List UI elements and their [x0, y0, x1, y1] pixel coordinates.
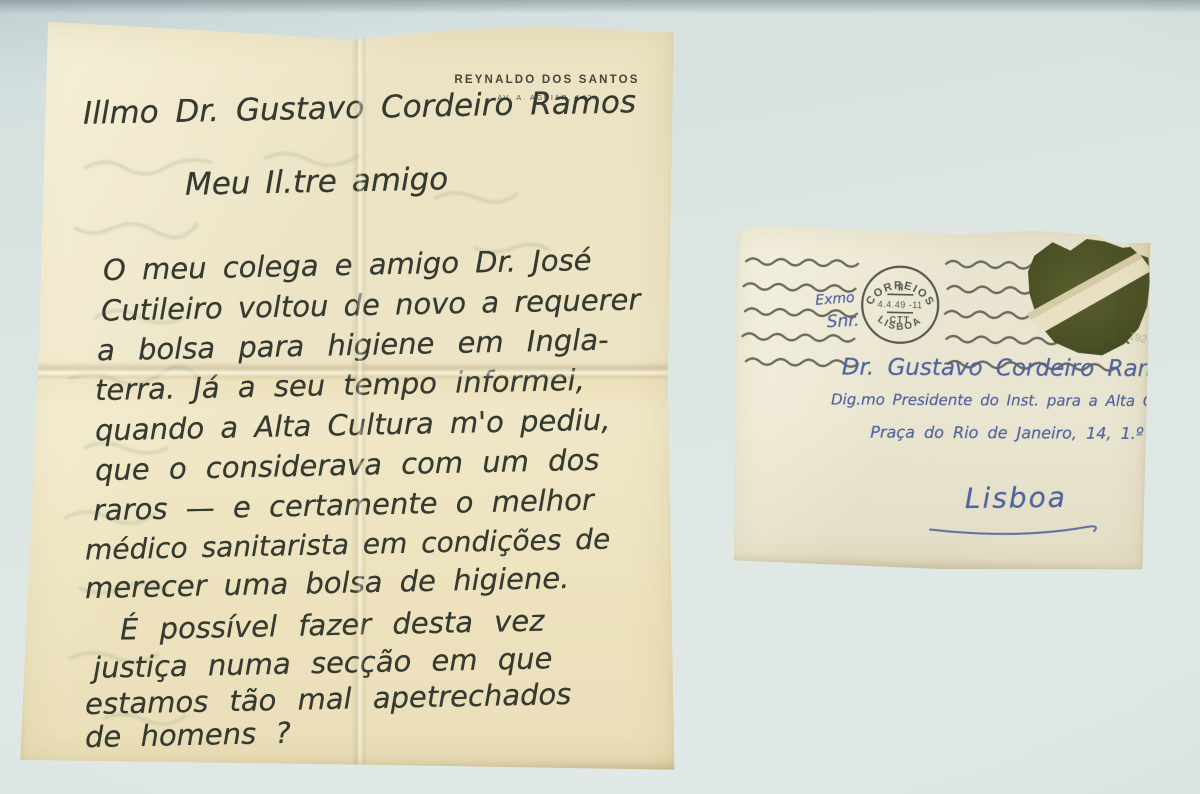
handwritten-body-line: médico sanitarista em condições de — [85, 523, 611, 567]
envelope-city-line: Lisboa — [965, 481, 1067, 515]
handwritten-body-line: raros — e certamente o melhor — [93, 483, 594, 527]
city-underline-flourish — [926, 515, 1126, 544]
handwritten-body-line: estamos tão mal apetrechados — [85, 677, 572, 721]
horizontal-fold-crease — [15, 362, 677, 380]
envelope-address-line: Dig.mo Presidente do Inst. para a Alta C… — [831, 390, 1198, 410]
handwritten-notation: Snr. — [826, 311, 859, 333]
handwritten-body-line: merecer uma bolsa de higiene. — [85, 561, 570, 605]
handwritten-body-line: que o considerava com um dos — [95, 443, 600, 488]
photo-background: REYNALDO DOS SANTOS AV. A. AGUIAR, 142. … — [0, 0, 1200, 794]
envelope: CORREIOS LISBOA II 4.4.49 -11 CTT Exmo S… — [727, 223, 1151, 574]
handwritten-notation: Exmo — [815, 290, 856, 309]
handwritten-body-line: É possível fazer desta vez — [120, 604, 545, 647]
handwritten-salutation: Meu Il.tre amigo — [185, 161, 449, 203]
vertical-fold-crease — [351, 18, 367, 772]
postmark-numeral: II — [898, 283, 904, 294]
handwritten-body-line: Cutileiro voltou de novo a requerer — [101, 282, 641, 327]
handwritten-body-line: de homens ? — [85, 716, 291, 754]
postmark-date: 4.4.49 -11 — [878, 299, 923, 310]
postmark-stamp: CORREIOS LISBOA II 4.4.49 -11 CTT — [861, 266, 939, 344]
handwritten-body-line: O meu colega e amigo Dr. José — [103, 243, 592, 287]
envelope-address-line: Praça do Rio de Janeiro, 14, 1.º — [870, 423, 1143, 443]
letter-sheet: REYNALDO DOS SANTOS AV. A. AGUIAR, 142. … — [15, 18, 677, 772]
torn-stamp-area — [1024, 232, 1163, 371]
postmark-org: CTT — [889, 315, 910, 325]
